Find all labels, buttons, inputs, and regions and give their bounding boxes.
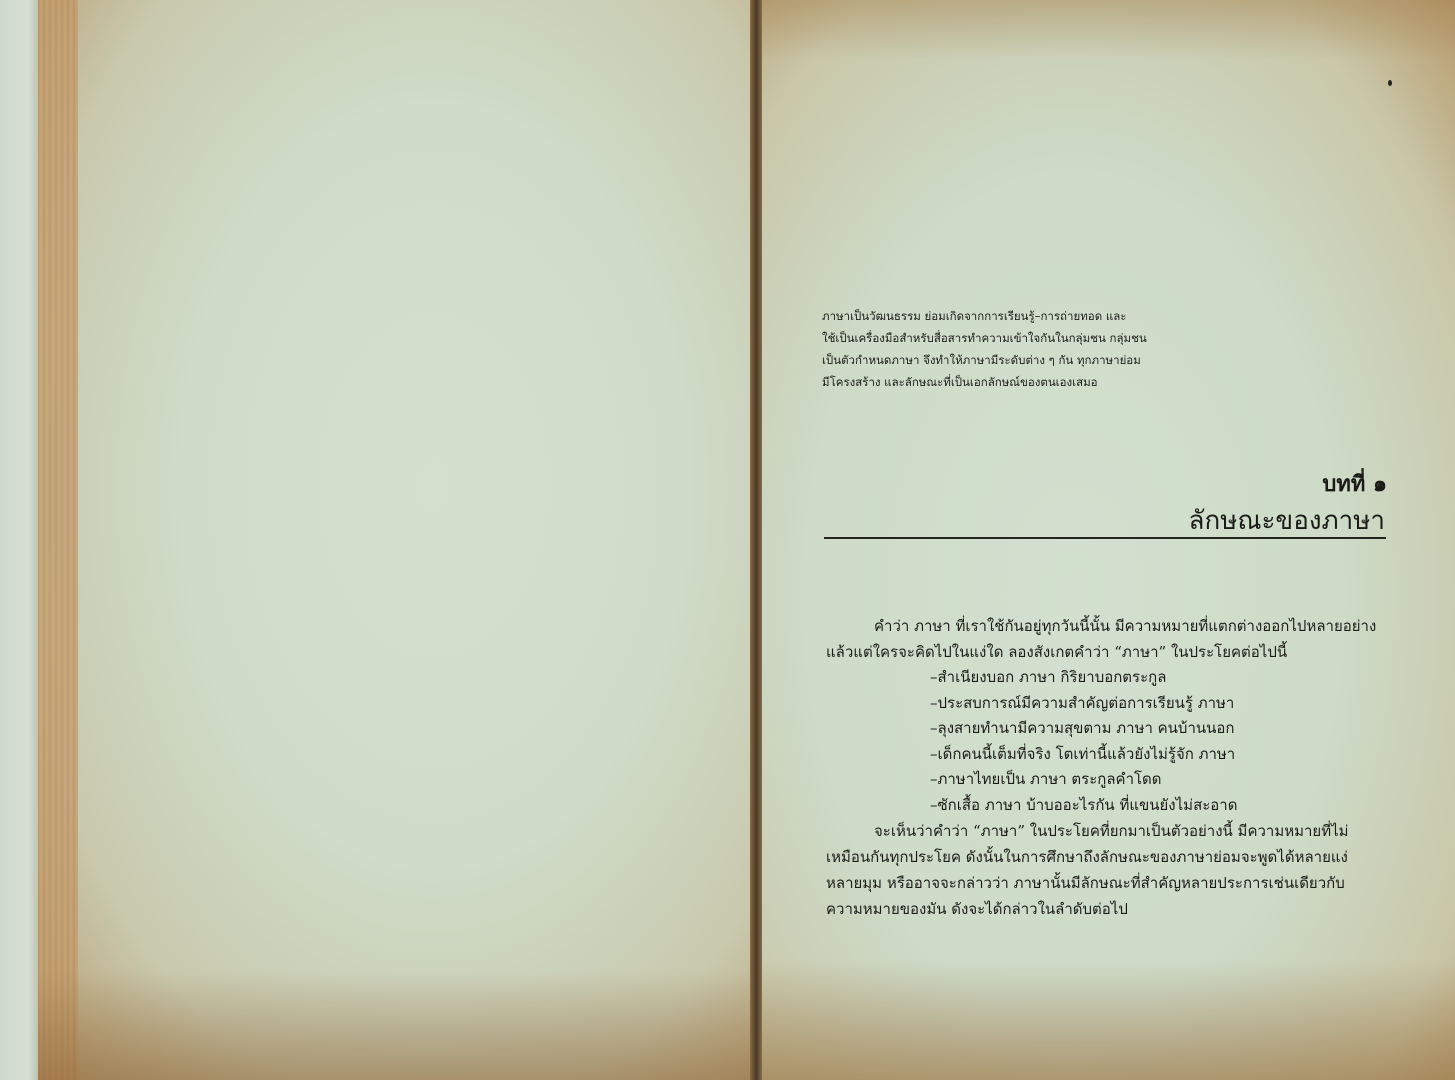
epigraph-line: เป็นตัวกำหนดภาษา จึงทำให้ภาษามีระดับต่าง… xyxy=(822,349,1162,371)
paper-stain-bottom xyxy=(762,960,1455,1080)
epigraph-line: มีโครงสร้าง และลักษณะที่เป็นเอกลักษณ์ของ… xyxy=(822,371,1162,393)
paragraph-line: หลายมุม หรืออาจจะกล่าวว่า ภาษานั้นมีลักษ… xyxy=(826,870,1391,896)
example-sentence-list: –สำเนียงบอก ภาษา กิริยาบอกตระกูล –ประสบก… xyxy=(826,665,1391,818)
paragraph-line: ความหมายของมัน ดังจะได้กล่าวในลำดับต่อไป xyxy=(826,896,1391,922)
example-sentence: –ภาษาไทยเป็น ภาษา ตระกูลคำโดด xyxy=(930,767,1391,793)
scan-backdrop xyxy=(0,0,40,1080)
paragraph-line: จะเห็นว่าคำว่า “ภาษา” ในประโยคที่ยกมาเป็… xyxy=(826,818,1391,844)
chapter-epigraph: ภาษาเป็นวัฒนธรรม ย่อมเกิดจากการเรียนรู้–… xyxy=(822,305,1162,393)
left-page-blank xyxy=(38,0,758,1080)
paragraph-line: เหมือนกันทุกประโยค ดังนั้นในการศึกษาถึงล… xyxy=(826,844,1391,870)
paper-stain xyxy=(38,970,758,1080)
example-sentence: –ลุงสายทำนามีความสุขตาม ภาษา คนบ้านนอก xyxy=(930,716,1391,742)
ink-dot-mark xyxy=(1388,80,1392,86)
paragraph-line: คำว่า ภาษา ที่เราใช้กันอยู่ทุกวันนี้นั้น… xyxy=(826,613,1391,639)
chapter-number: บทที่ ๑ xyxy=(1322,466,1387,501)
example-sentence: –ประสบการณ์มีความสำคัญต่อการเรียนรู้ ภาษ… xyxy=(930,691,1391,717)
chapter-title: ลักษณะของภาษา xyxy=(1189,500,1385,541)
chapter-divider-rule xyxy=(824,537,1386,539)
epigraph-line: ภาษาเป็นวัฒนธรรม ย่อมเกิดจากการเรียนรู้–… xyxy=(822,305,1162,327)
example-sentence: –สำเนียงบอก ภาษา กิริยาบอกตระกูล xyxy=(930,665,1391,691)
example-sentence: –ซักเสื้อ ภาษา บ้าบออะไรกัน ที่แขนยังไม่… xyxy=(930,793,1391,819)
example-sentence: –เด็กคนนี้เต็มที่จริง โตเท่านี้แล้วยังไม… xyxy=(930,742,1391,768)
page-edge-stack xyxy=(38,0,78,1080)
epigraph-line: ใช้เป็นเครื่องมือสำหรับสื่อสารทำความเข้า… xyxy=(822,327,1162,349)
paper-stain-top xyxy=(762,0,1455,60)
chapter-body: คำว่า ภาษา ที่เราใช้กันอยู่ทุกวันนี้นั้น… xyxy=(826,613,1391,922)
paragraph-line: แล้วแต่ใครจะคิดไปในแง่ใด ลองสังเกตคำว่า … xyxy=(826,639,1391,665)
